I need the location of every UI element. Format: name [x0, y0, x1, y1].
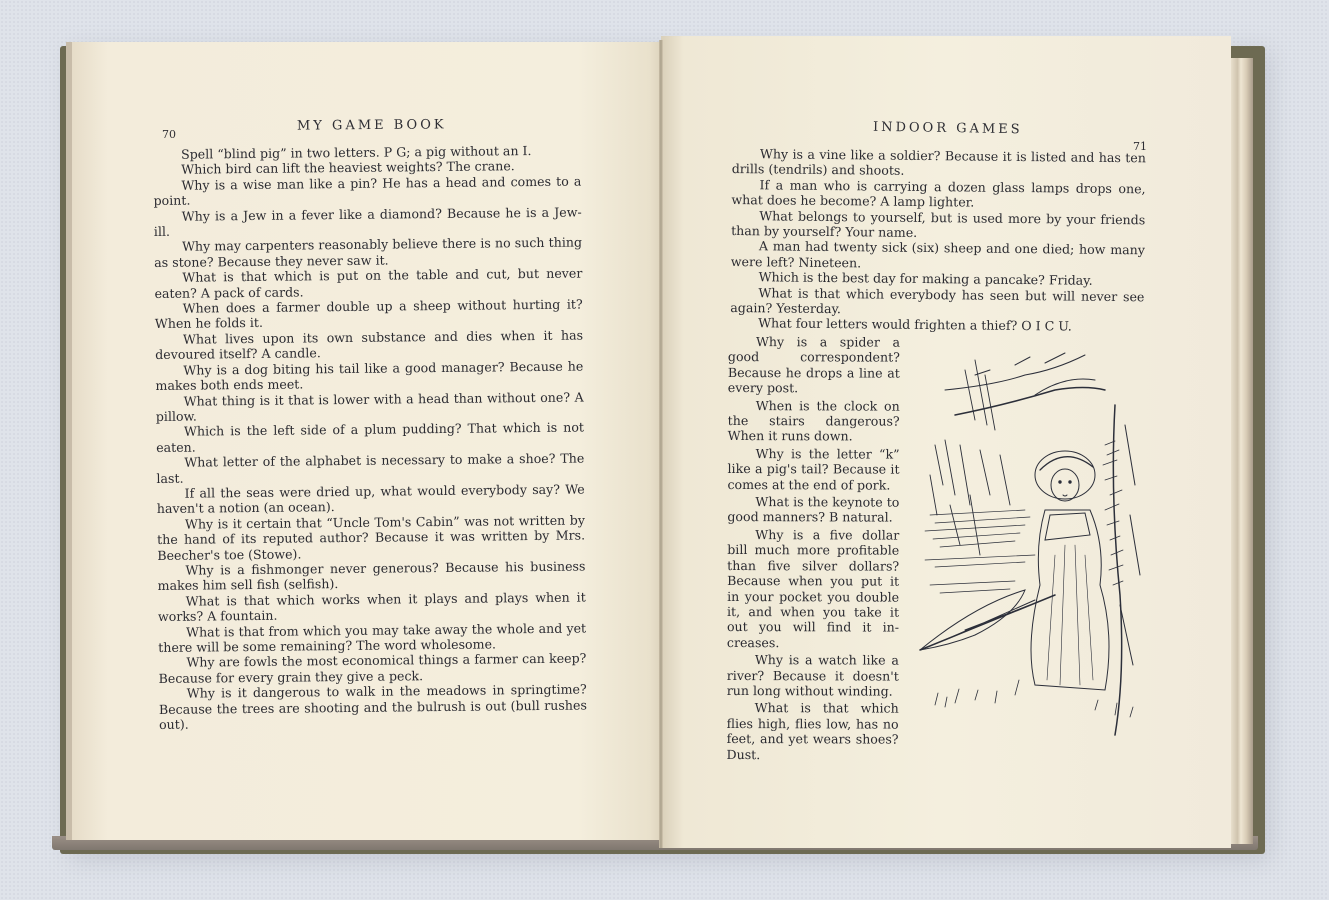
- riddle: When does a farmer double up a sheep wit…: [155, 297, 583, 332]
- riddle: A man had twenty sick (six) sheep and on…: [731, 238, 1145, 273]
- riddle: What letter of the alphabet is necessary…: [156, 451, 584, 486]
- right-running-head: INDOOR GAMES: [873, 120, 1023, 138]
- riddle: What is that which works when it plays a…: [158, 589, 586, 624]
- riddle: Why is it certain that “Uncle Tom's Cabi…: [157, 512, 585, 563]
- riddle: What thing is it that is lower with a he…: [156, 389, 584, 424]
- riddle: What is that which everybody has seen bu…: [730, 285, 1144, 320]
- left-page-number: 70: [162, 128, 176, 141]
- riddle: What belongs to yourself, but is used mo…: [731, 208, 1145, 243]
- riddle: What is that which flies high, flies low…: [727, 700, 899, 762]
- left-page-text: Spell “blind pig” in two letters. P G; a…: [153, 143, 587, 733]
- girl-with-umbrella-illustration: [915, 345, 1150, 745]
- right-page-narrow-column: Why is a spider a good correspondent? Be…: [726, 334, 899, 765]
- book-gutter: [659, 40, 663, 848]
- riddle: Why is a wise man like a pin? He has a h…: [153, 173, 581, 208]
- left-running-head: MY GAME BOOK: [297, 117, 447, 133]
- riddle: What is that from which you may take awa…: [158, 620, 586, 655]
- riddle: Why is a dog biting his tail like a good…: [155, 358, 583, 393]
- riddle: Why may carpenters reasonably believe th…: [154, 235, 582, 270]
- riddle: Why are fowls the most economical things…: [158, 651, 586, 686]
- riddle: What lives upon its own substance and di…: [155, 327, 583, 362]
- riddle: Why is a spider a good correspondent? Be…: [728, 334, 900, 396]
- riddle: Why is a Jew in a fever like a diamond? …: [154, 204, 582, 239]
- riddle: When is the clock on the stairs dangerou…: [728, 398, 900, 445]
- riddle: What is that which is put on the table a…: [154, 266, 582, 301]
- riddle: Why is it dangerous to walk in the meado…: [159, 682, 587, 733]
- riddle: Why is the letter “k” like a pig's tail?…: [727, 446, 899, 493]
- right-page-text: Why is a vine like a soldier? Because it…: [730, 146, 1146, 335]
- riddle: Which is the left side of a plum pudding…: [156, 420, 584, 455]
- riddle: What is the keynote to good manners? B n…: [727, 494, 899, 525]
- page-edges: [1231, 58, 1253, 844]
- riddle: If all the seas were dried up, what woul…: [157, 481, 585, 516]
- riddle: Why is a fishmonger never generous? Beca…: [157, 558, 585, 593]
- riddle: If a man who is carrying a dozen glass l…: [731, 177, 1145, 212]
- riddle: Why is a vine like a soldier? Because it…: [732, 146, 1146, 181]
- riddle: Why is a watch like a river? Because it …: [727, 652, 899, 699]
- riddle: Why is a five dollar bill much more prof…: [727, 527, 899, 651]
